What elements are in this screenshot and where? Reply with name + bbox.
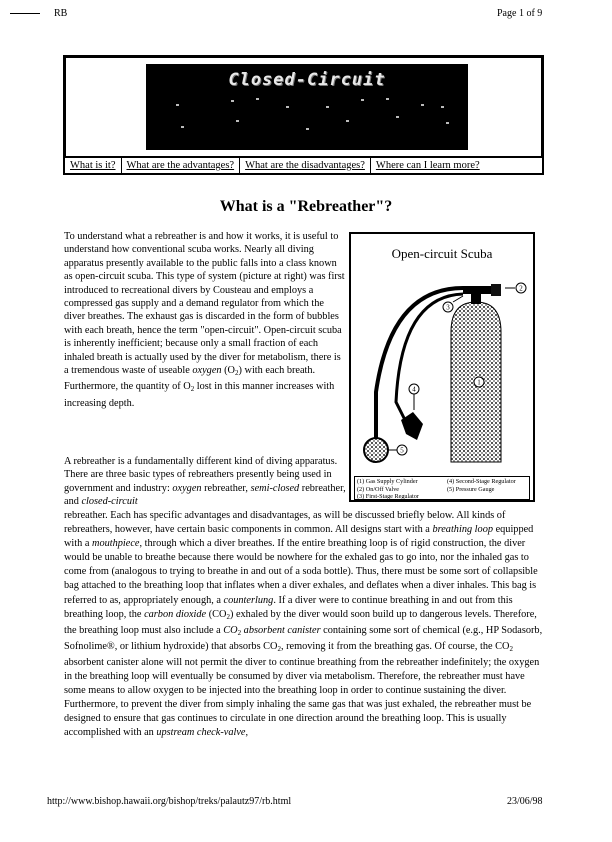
scuba-diagram-icon: 1 2 3 4 5 (351, 262, 533, 472)
svg-text:3: 3 (446, 304, 450, 312)
figure-title: Open-circuit Scuba (351, 246, 533, 262)
footer-url: http://www.bishop.hawaii.org/bishop/trek… (47, 796, 291, 807)
arrow-icon (10, 7, 40, 14)
svg-text:5: 5 (400, 447, 404, 455)
paragraph-components: rebreather. Each has specific advantages… (64, 509, 548, 741)
page-indicator: Page 1 of 9 (497, 8, 542, 19)
nav-what-is-it[interactable]: What is it? (65, 158, 122, 173)
svg-text:2: 2 (519, 285, 523, 293)
nav-advantages[interactable]: What are the advantages? (122, 158, 241, 173)
header-label: RB (54, 8, 67, 19)
banner-image: Closed-Circuit (146, 64, 468, 150)
svg-text:4: 4 (412, 386, 416, 394)
header-left: RB (10, 8, 67, 19)
paragraph-rebreather-types: A rebreather is a fundamentally differen… (64, 455, 347, 509)
svg-text:1: 1 (477, 379, 481, 387)
footer-date: 23/06/98 (507, 796, 543, 807)
nav-disadvantages[interactable]: What are the disadvantages? (240, 158, 371, 173)
page-title: What is a "Rebreather"? (0, 198, 612, 216)
figure-legend: (1) Gas Supply Cylinder(4) Second-Stage … (354, 476, 530, 500)
banner-title: Closed-Circuit (146, 70, 468, 90)
nav-learn-more[interactable]: Where can I learn more? (371, 158, 485, 173)
section-nav: What is it? What are the advantages? Wha… (63, 156, 544, 175)
paragraph-open-circuit: To understand what a rebreather is and h… (64, 230, 347, 410)
open-circuit-scuba-figure: Open-circuit Scuba 1 2 3 4 (349, 232, 535, 502)
banner-subtitle-graphic (146, 98, 468, 138)
